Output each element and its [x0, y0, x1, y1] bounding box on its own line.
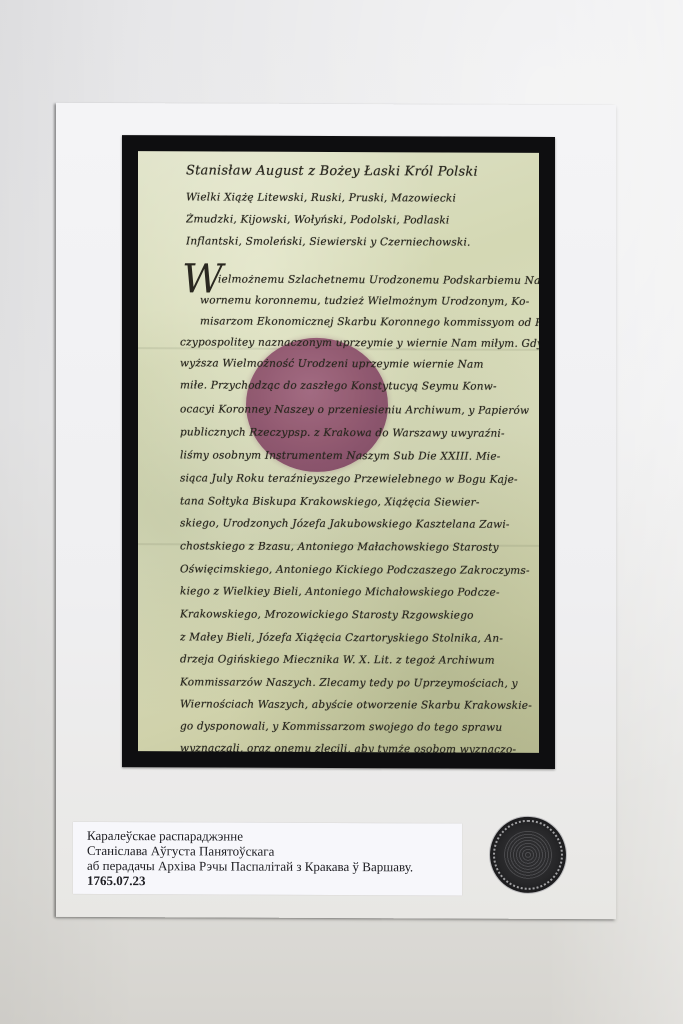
- text-line: drzeja Ogińskiego Miecznika W. X. Lit. z…: [180, 653, 495, 666]
- text-line: Inflantski, Smoleński, Siewierski y Czer…: [186, 235, 471, 248]
- text-line: ocacyi Koronney Naszey o przeniesieniu A…: [180, 403, 529, 417]
- text-line: Oświęcimskiego, Antoniego Kickiego Podcz…: [180, 563, 530, 577]
- text-line: skiego, Urodzonych Józefa Jakubowskiego …: [180, 517, 510, 530]
- text-line: Wiernościach Waszych, abyście otworzenie…: [180, 698, 532, 712]
- text-line: Stanisław August z Bożey Łaski Król Pols…: [186, 163, 478, 179]
- text-line: czypospolitey naznaczonym uprzeymie y wi…: [180, 336, 539, 350]
- text-line: wornemu koronnemu, tudzież Wielmożnym Ur…: [200, 294, 529, 307]
- exhibit-board: W Stanisław August z Bożey Łaski Król Po…: [56, 103, 616, 919]
- text-line: publicznych Rzeczypsp. z Krakowa do Wars…: [180, 426, 505, 439]
- text-line: wyższa Wielmożność Urodzeni uprzeymie wi…: [180, 357, 484, 370]
- text-line: liśmy osobnym Instrumentem Naszym Sub Di…: [180, 449, 501, 462]
- text-line: miłe. Przychodząc do zaszłego Konstytucy…: [180, 379, 497, 392]
- text-line: z Małey Bieli, Józefa Xiążęcia Czartorys…: [180, 631, 503, 644]
- caption-date: 1765.07.23: [87, 873, 462, 890]
- document-frame: W Stanisław August z Bożey Łaski Król Po…: [122, 135, 555, 769]
- text-line: tana Sołtyka Biskupa Krakowskiego, Xiążę…: [180, 495, 480, 508]
- text-line: wyznaczali, oraz onemu zlecili, aby tymż…: [180, 742, 516, 753]
- archive-seal-icon: [490, 817, 566, 893]
- caption-label: Каралеўскае распараджэнне Станіслава Аўг…: [73, 822, 462, 896]
- text-line: Krakowskiego, Mrozowickiego Starosty Rzg…: [180, 608, 474, 621]
- text-line: Kommissarzów Naszych. Zlecamy tedy po Up…: [180, 676, 518, 689]
- seal-emblem: [504, 831, 552, 879]
- manuscript-photo: W Stanisław August z Bożey Łaski Król Po…: [138, 151, 539, 753]
- text-line: kiego z Wielkiey Bieli, Antoniego Michał…: [180, 585, 500, 598]
- caption-line-1: Каралеўскае распараджэнне: [87, 828, 462, 845]
- text-line: ielmożnemu Szlachetnemu Urodzonemu Podsk…: [218, 273, 539, 286]
- text-line: Żmudzki, Kijowski, Wołyński, Podolski, P…: [186, 213, 449, 226]
- text-line: siąca July Roku teraźnieyszego Przewiele…: [180, 472, 518, 485]
- text-line: go dysponowali, y Kommissarzom swojego d…: [180, 720, 502, 733]
- text-line: chostskiego z Bzasu, Antoniego Małachows…: [180, 540, 499, 553]
- handwritten-text: Stanisław August z Bożey Łaski Król Pols…: [138, 151, 539, 753]
- caption-line-2: Станіслава Аўгуста Панятоўскага: [87, 843, 462, 860]
- text-line: misarzom Ekonomicznej Skarbu Koronnego k…: [200, 315, 539, 329]
- text-line: Wielki Xiążę Litewski, Ruski, Pruski, Ma…: [186, 191, 456, 204]
- caption-line-3: аб перадачы Архіва Рэчы Паспалітай з Кра…: [87, 858, 462, 875]
